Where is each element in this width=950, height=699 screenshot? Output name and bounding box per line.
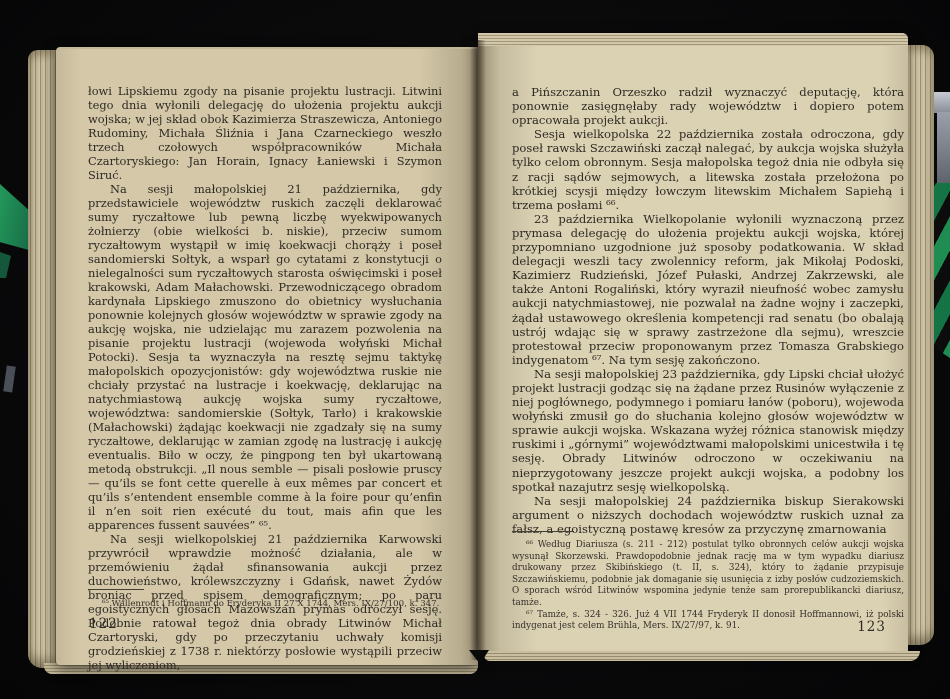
paragraph: łowi Lipskiemu zgody na pisanie projektu… [88, 84, 442, 182]
left-page: łowi Lipskiemu zgody na pisanie projektu… [56, 47, 478, 665]
right-page-text: a Pińszczanin Orzeszko radził wyznaczyć … [512, 85, 904, 536]
page-number: 123 [857, 619, 886, 635]
footnote: ⁶⁶ Według Diariusza (s. 211 - 212) postu… [512, 540, 904, 610]
left-page-text: łowi Lipskiemu zgody na pisanie projektu… [88, 84, 442, 672]
paragraph: 23 października Wielkopolanie wyłonili w… [512, 212, 904, 367]
paragraph: Na sesji małopolskiej 23 października, g… [512, 367, 904, 494]
left-page-fore-edge [28, 50, 58, 668]
footnote: ⁶⁵ Wallenrodt i Hoffmann do Fryderyka II… [88, 599, 440, 610]
paragraph: Na sesji małopolskiej 24 października bi… [512, 494, 904, 536]
right-page-footnotes: ⁶⁶ Według Diariusza (s. 211 - 212) postu… [512, 540, 904, 633]
right-page: a Pińszczanin Orzeszko radził wyznaczyć … [478, 33, 908, 651]
left-page-footnotes: ⁶⁵ Wallenrodt i Hoffmann do Fryderyka II… [88, 599, 440, 610]
right-page-fore-edge [908, 45, 934, 645]
paragraph: Sesja wielkopolska 22 października zosta… [512, 127, 904, 212]
paragraph: Na sesji małopolskiej 21 października, g… [88, 182, 442, 532]
paragraph: a Pińszczanin Orzeszko radził wyznaczyć … [512, 85, 904, 127]
footnote-separator [88, 589, 144, 590]
page-number: 122 [89, 616, 118, 632]
footnote-separator [512, 531, 574, 532]
footnote: ⁶⁷ Tamże, s. 324 - 326. Już 4 VII 1744 F… [512, 610, 904, 633]
right-page-top-edge [478, 33, 908, 46]
right-page-bottom-edge [484, 651, 920, 661]
